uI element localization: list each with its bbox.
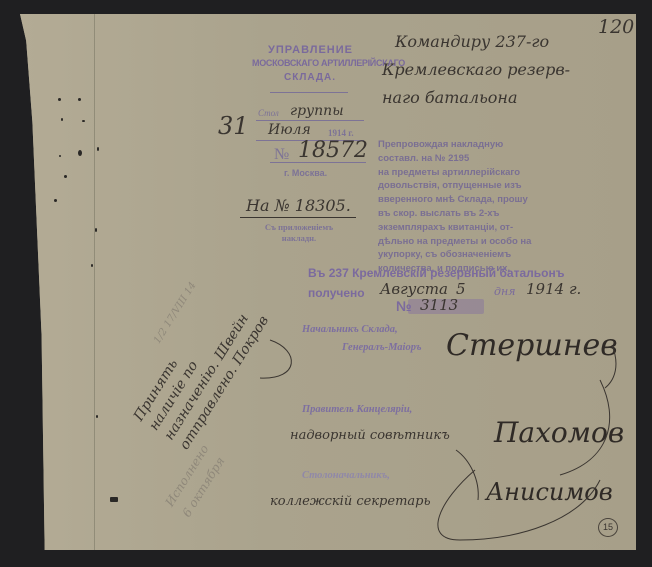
page-number-circle: 15 [598, 518, 618, 537]
signature-flourishes [0, 0, 652, 567]
